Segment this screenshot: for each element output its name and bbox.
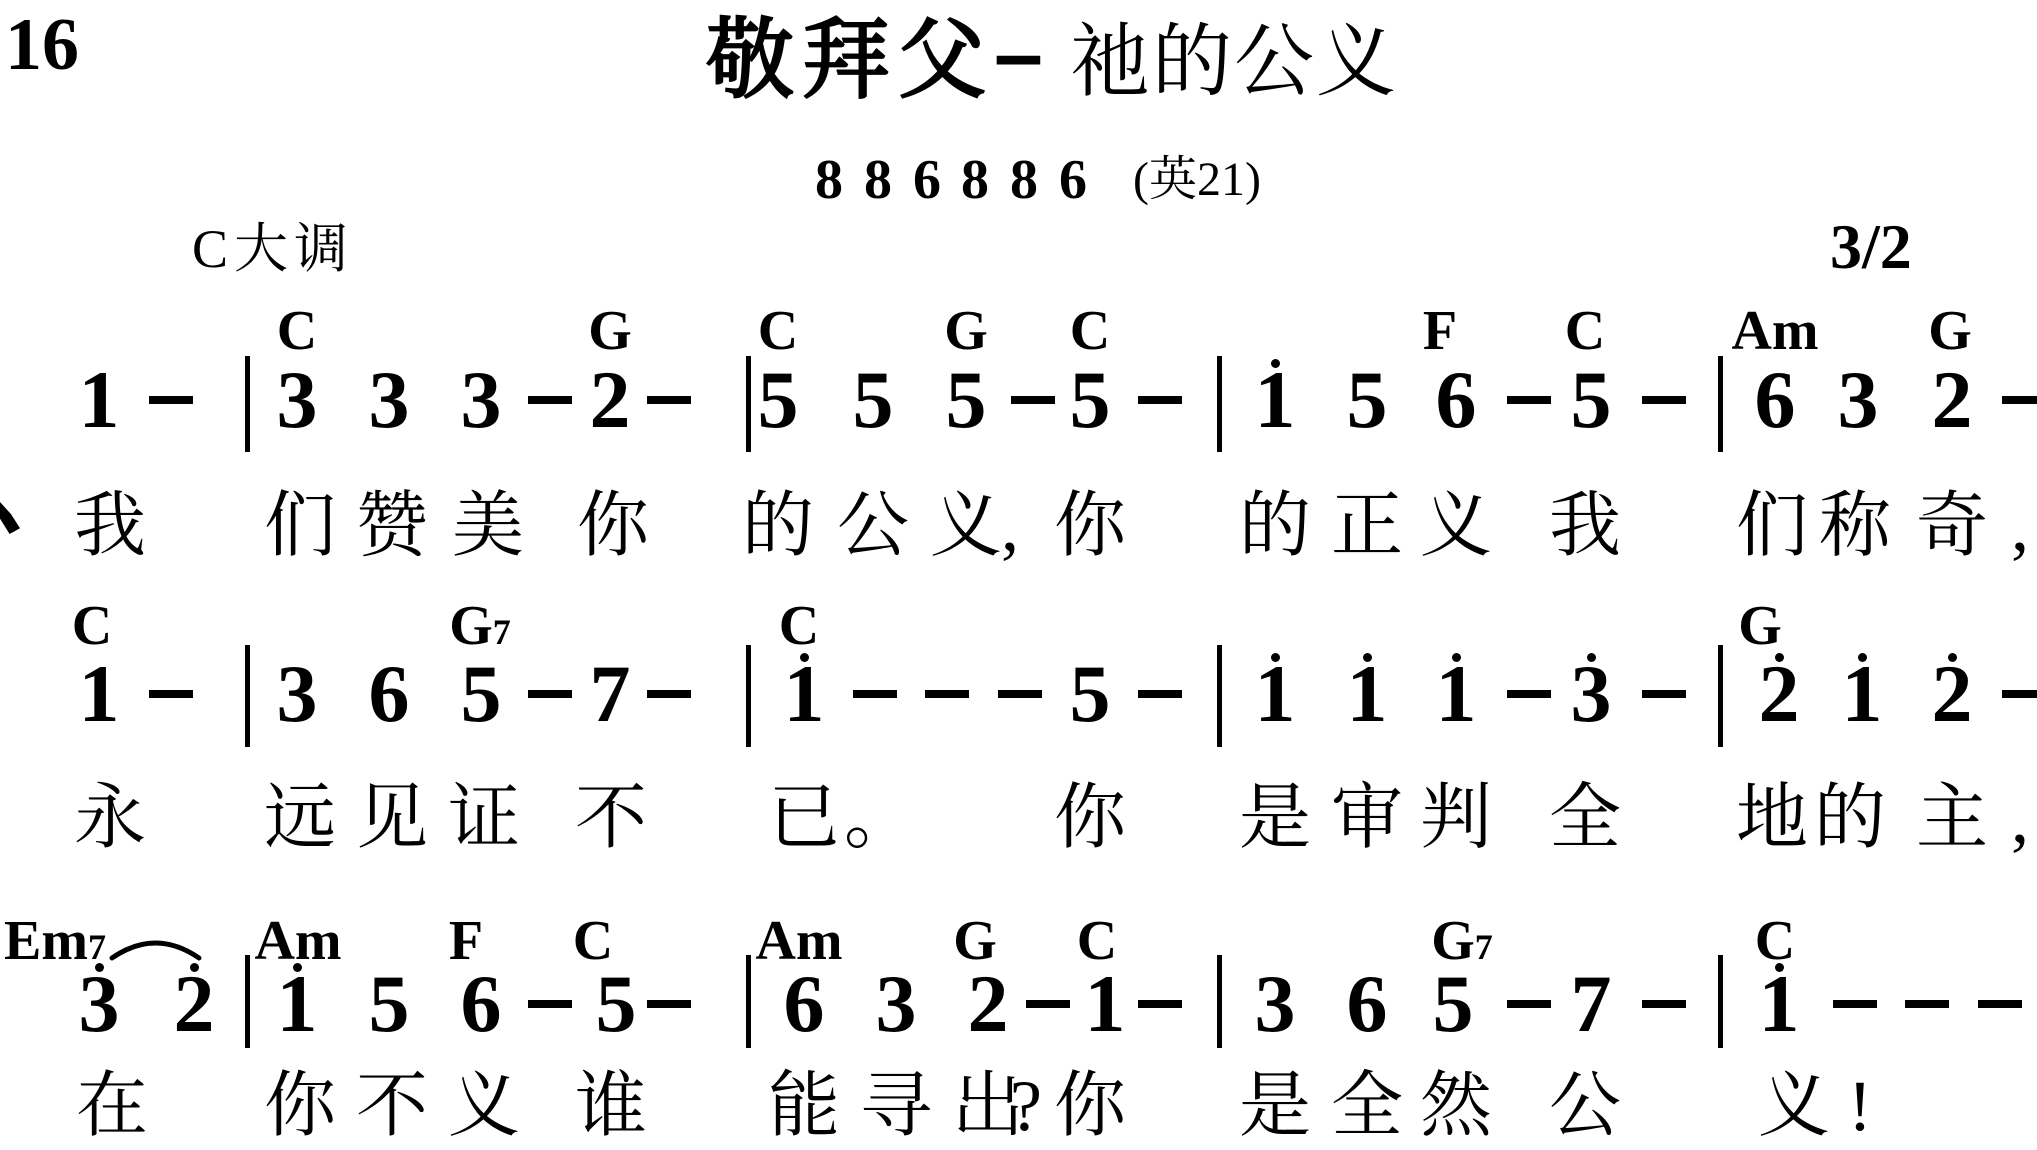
- meter-digit: 8: [1010, 152, 1038, 208]
- note-dash: [2002, 396, 2037, 404]
- octave-dot: [1858, 653, 1867, 662]
- lyric-char: 正: [1331, 490, 1403, 562]
- lyric-char: 不: [356, 1070, 428, 1142]
- note: 5: [853, 359, 894, 441]
- barline: [746, 955, 751, 1048]
- note-dash: [647, 1000, 691, 1008]
- note: 3: [1838, 359, 1879, 441]
- barline: [245, 356, 250, 452]
- note: 6: [784, 963, 825, 1045]
- note-dash: [149, 690, 193, 698]
- chord: C: [758, 303, 798, 359]
- note: 5: [1070, 359, 1111, 441]
- chord: Am: [1731, 303, 1818, 359]
- note: 5: [369, 963, 410, 1045]
- chord-root: C: [1070, 300, 1110, 362]
- note: 1: [784, 653, 825, 735]
- lyric-char: 我: [1549, 490, 1621, 562]
- octave-dot: [1271, 359, 1280, 368]
- lyric-char: 在: [76, 1070, 148, 1142]
- note-dash: [1642, 690, 1686, 698]
- lyric-char: 然: [1420, 1070, 1492, 1142]
- chord: C: [277, 303, 317, 359]
- note-dash: [528, 690, 572, 698]
- note-dash: [1026, 1000, 1070, 1008]
- chord: G7: [449, 598, 511, 654]
- meter-digit: 6: [1059, 152, 1087, 208]
- note: 2: [174, 963, 215, 1045]
- note: 5: [1571, 359, 1612, 441]
- octave-dot: [1587, 653, 1596, 662]
- hymn-sheet: 16 敬拜父 – 祂的公义 (英21) C大调 3/2 886886CGCGCF…: [0, 0, 2037, 1150]
- lyric-char: 美: [452, 490, 524, 562]
- lyric-char: !: [1848, 1070, 1872, 1142]
- lyric-char: 的: [1814, 782, 1886, 854]
- note-dash: [1138, 1000, 1182, 1008]
- time-signature: 3/2: [1830, 215, 1912, 279]
- octave-dot: [1452, 653, 1461, 662]
- lyric-char: 全: [1549, 782, 1621, 854]
- lyric-char: ?: [1010, 1070, 1042, 1142]
- note: 1: [1347, 653, 1388, 735]
- chord-root: C: [277, 300, 317, 362]
- chord-seventh: 7: [493, 612, 511, 652]
- lyric-char: 公: [837, 490, 909, 562]
- note: 3: [1255, 963, 1296, 1045]
- note-dash: [1011, 396, 1055, 404]
- note: 7: [1571, 963, 1612, 1045]
- note: 1: [1255, 653, 1296, 735]
- lyric-char: 公: [1549, 1070, 1621, 1142]
- note: 6: [1436, 359, 1477, 441]
- barline: [1217, 955, 1222, 1048]
- lyric-char: 们: [264, 490, 336, 562]
- note: 6: [1755, 359, 1796, 441]
- lyric-char: 判: [1420, 782, 1492, 854]
- note: 6: [1347, 963, 1388, 1045]
- note: 5: [946, 359, 987, 441]
- barline: [245, 955, 250, 1048]
- note-dash: [528, 1000, 572, 1008]
- chord-seventh: 7: [1475, 927, 1493, 967]
- lyric-char: 远: [264, 782, 336, 854]
- note-dash: [1507, 690, 1551, 698]
- hymn-title-main: 敬拜父: [706, 16, 994, 104]
- note: 1: [79, 653, 120, 735]
- octave-dot: [190, 963, 199, 972]
- octave-dot: [1271, 653, 1280, 662]
- note: 3: [1571, 653, 1612, 735]
- note: 2: [590, 359, 631, 441]
- octave-dot: [800, 653, 809, 662]
- barline: [1217, 645, 1222, 747]
- lyric-char: 的: [742, 490, 814, 562]
- meter-digit: 8: [961, 152, 989, 208]
- barline: [746, 645, 751, 747]
- chord: G: [944, 303, 988, 359]
- note: 5: [1433, 963, 1474, 1045]
- note: 1: [1436, 653, 1477, 735]
- lyric-char: 你: [264, 1070, 336, 1142]
- chord-root: G: [588, 300, 632, 362]
- lyric-char: 义: [930, 490, 1002, 562]
- meter-digit: 6: [913, 152, 941, 208]
- barline: [1217, 356, 1222, 452]
- note: 3: [277, 359, 318, 441]
- note: 1: [1759, 963, 1800, 1045]
- chord: C: [779, 598, 819, 654]
- note: 3: [277, 653, 318, 735]
- lyric-char: 们: [1736, 490, 1808, 562]
- note: 3: [369, 359, 410, 441]
- note: 5: [461, 653, 502, 735]
- meter-reference: (英21): [1133, 156, 1261, 204]
- note-dash: [1642, 396, 1686, 404]
- lyric-char: 。: [844, 782, 916, 854]
- cropped-character-fragment: [0, 502, 20, 534]
- lyric-char: 谁: [575, 1070, 647, 1142]
- key-signature: C大调: [192, 222, 354, 276]
- chord-root: C: [1565, 300, 1605, 362]
- barline: [1718, 645, 1723, 747]
- chord: F: [1423, 303, 1457, 359]
- lyric-char: 寻: [860, 1070, 932, 1142]
- meter-digit: 8: [864, 152, 892, 208]
- note-dash: [1507, 1000, 1551, 1008]
- lyric-char: 是: [1239, 1070, 1311, 1142]
- note: 1: [1255, 359, 1296, 441]
- note-dash: [1138, 690, 1182, 698]
- barline: [245, 645, 250, 747]
- note-dash: [1642, 1000, 1686, 1008]
- note: 2: [1759, 653, 1800, 735]
- octave-dot: [95, 963, 104, 972]
- lyric-char: 的: [1239, 490, 1311, 562]
- lyric-char: ,: [1001, 490, 1019, 562]
- chord-root: G: [944, 300, 988, 362]
- lyric-char: 地: [1736, 782, 1808, 854]
- note: 3: [876, 963, 917, 1045]
- note: 1: [277, 963, 318, 1045]
- lyric-char: ,: [2011, 490, 2029, 562]
- lyric-char: 主: [1916, 782, 1988, 854]
- note-dash: [2002, 690, 2037, 698]
- octave-dot: [293, 963, 302, 972]
- lyric-char: 你: [1054, 490, 1126, 562]
- chord-root: Em: [4, 910, 88, 972]
- chord: C: [1565, 303, 1605, 359]
- chord-root: F: [1423, 300, 1457, 362]
- lyric-char: 已: [768, 782, 840, 854]
- note-dash: [1833, 1000, 1877, 1008]
- lyric-char: 不: [575, 782, 647, 854]
- chord-root: Am: [1731, 300, 1818, 362]
- lyric-char: 义: [1758, 1070, 1830, 1142]
- lyric-char: 赞: [356, 490, 428, 562]
- note: 7: [590, 653, 631, 735]
- note: 1: [1085, 963, 1126, 1045]
- note-dash: [149, 396, 193, 404]
- note: 2: [1932, 359, 1973, 441]
- note-dash: [647, 690, 691, 698]
- lyric-char: 我: [74, 490, 146, 562]
- lyric-char: 全: [1331, 1070, 1403, 1142]
- lyric-char: 审: [1331, 782, 1403, 854]
- note-dash: [1905, 1000, 1949, 1008]
- chord: G: [588, 303, 632, 359]
- hymn-title-subtitle: 祂的公义: [1070, 22, 1398, 102]
- note-dash: [853, 690, 897, 698]
- note: 5: [1070, 653, 1111, 735]
- octave-dot: [1363, 653, 1372, 662]
- chord: C: [72, 598, 112, 654]
- lyric-char: 能: [768, 1070, 840, 1142]
- note-dash: [647, 396, 691, 404]
- lyric-char: 证: [448, 782, 520, 854]
- barline: [1718, 356, 1723, 452]
- note-dash: [528, 396, 572, 404]
- note-dash: [1978, 1000, 2022, 1008]
- meter-digit: 8: [815, 152, 843, 208]
- note-dash: [1138, 396, 1182, 404]
- lyric-char: 你: [577, 490, 649, 562]
- lyric-char: 永: [74, 782, 146, 854]
- barline: [1718, 955, 1723, 1048]
- lyric-char: 义: [448, 1070, 520, 1142]
- lyric-char: 你: [1054, 782, 1126, 854]
- lyric-char: 是: [1239, 782, 1311, 854]
- note-dash: [1507, 396, 1551, 404]
- chord-root: G: [1928, 300, 1972, 362]
- chord: G: [1928, 303, 1972, 359]
- lyric-char: 称: [1819, 490, 1891, 562]
- note-dash: [925, 690, 969, 698]
- lyric-char: 你: [1054, 1070, 1126, 1142]
- note: 1: [79, 359, 120, 441]
- lyric-char: 义: [1420, 490, 1492, 562]
- note: 5: [596, 963, 637, 1045]
- note: 6: [369, 653, 410, 735]
- note: 5: [1347, 359, 1388, 441]
- note-dash: [998, 690, 1042, 698]
- lyric-char: 见: [356, 782, 428, 854]
- slur: [109, 935, 202, 961]
- octave-dot: [1775, 963, 1784, 972]
- note: 1: [1842, 653, 1883, 735]
- lyric-char: ,: [2011, 782, 2029, 854]
- hymn-number: 16: [5, 8, 79, 82]
- octave-dot: [1948, 653, 1957, 662]
- note: 3: [461, 359, 502, 441]
- chord: C: [1070, 303, 1110, 359]
- chord: G: [1738, 598, 1782, 654]
- note: 6: [461, 963, 502, 1045]
- note: 3: [79, 963, 120, 1045]
- lyric-char: 奇: [1916, 490, 1988, 562]
- note: 5: [758, 359, 799, 441]
- octave-dot: [1775, 653, 1784, 662]
- note: 2: [1932, 653, 1973, 735]
- note: 2: [968, 963, 1009, 1045]
- barline: [746, 356, 751, 452]
- title-dash: –: [994, 10, 1043, 98]
- chord-root: C: [758, 300, 798, 362]
